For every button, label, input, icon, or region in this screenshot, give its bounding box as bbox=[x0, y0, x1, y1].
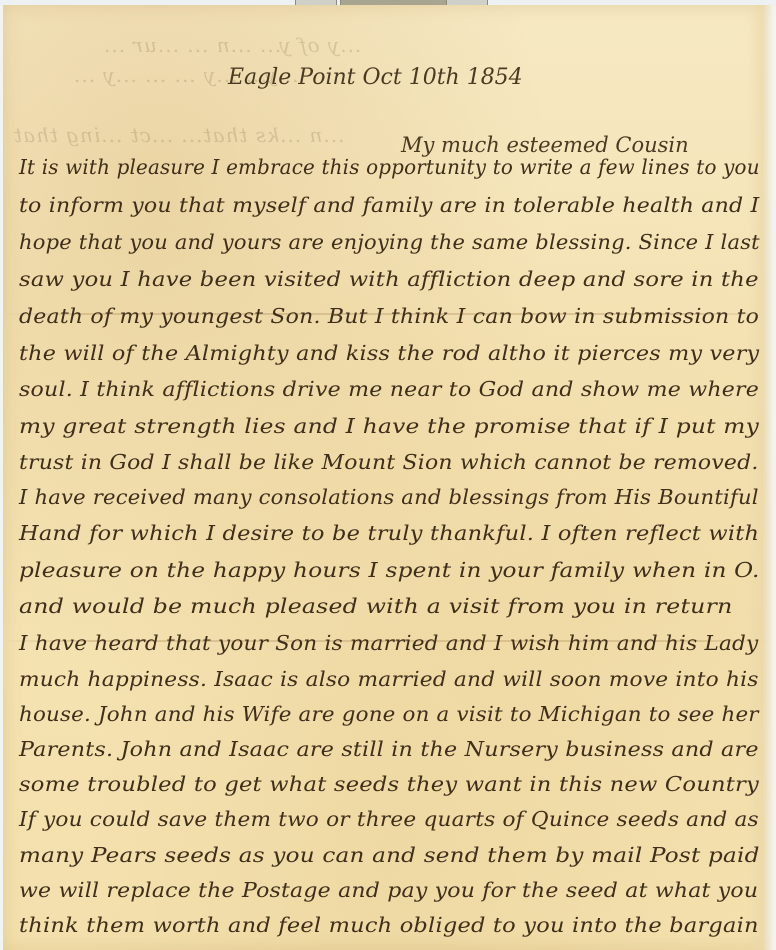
letter-line: think them worth and feel much obliged t… bbox=[19, 913, 759, 937]
letter-line: the will of the Almighty and kiss the ro… bbox=[19, 341, 759, 365]
scanned-letter: ...y of y... ...n ... ...ur ... ...y... … bbox=[0, 0, 776, 950]
letter-line: my great strength lies and I have the pr… bbox=[19, 414, 759, 438]
letter-line: saw you I have been visited with afflict… bbox=[19, 267, 759, 291]
letter-line: hope that you and yours are enjoying the… bbox=[19, 230, 760, 254]
letter-line: I have received many consolations and bl… bbox=[19, 485, 759, 509]
letter-line: I have heard that your Son is married an… bbox=[19, 631, 758, 655]
bleed-through-text: ...n ...ks that... ...ct ...ing that bbox=[13, 123, 345, 147]
letter-line: some troubled to get what seeds they wan… bbox=[19, 772, 759, 796]
letter-line: death of my youngest Son. But I think I … bbox=[19, 304, 759, 328]
letter-line: and would be much pleased with a visit f… bbox=[19, 594, 733, 618]
letter-line: many Pears seeds as you can and send the… bbox=[19, 843, 760, 867]
letter-line: Hand for which I desire to be truly than… bbox=[19, 521, 759, 545]
bleed-through-text: ...y of y... ...n ... ...ur ... bbox=[103, 33, 361, 57]
letter-line: pleasure on the happy hours I spent in y… bbox=[19, 558, 760, 582]
letter-line: soul. I think afflictions drive me near … bbox=[19, 377, 759, 401]
letter-page: ...y of y... ...n ... ...ur ... ...y... … bbox=[3, 5, 773, 950]
letter-line: It is with pleasure I embrace this oppor… bbox=[19, 155, 760, 179]
letter-line: we will replace the Postage and pay you … bbox=[19, 878, 758, 902]
letter-heading: Eagle Point Oct 10th 1854 bbox=[228, 65, 523, 90]
letter-line: to inform you that myself and family are… bbox=[19, 193, 759, 217]
letter-salutation: My much esteemed Cousin bbox=[401, 133, 689, 157]
letter-line: much happiness. Isaac is also married an… bbox=[19, 667, 759, 691]
letter-line: house. John and his Wife are gone on a v… bbox=[19, 702, 759, 726]
letter-line: If you could save them two or three quar… bbox=[19, 807, 759, 831]
letter-line: Parents. John and Isaac are still in the… bbox=[19, 737, 759, 761]
letter-line: trust in God I shall be like Mount Sion … bbox=[19, 450, 759, 474]
